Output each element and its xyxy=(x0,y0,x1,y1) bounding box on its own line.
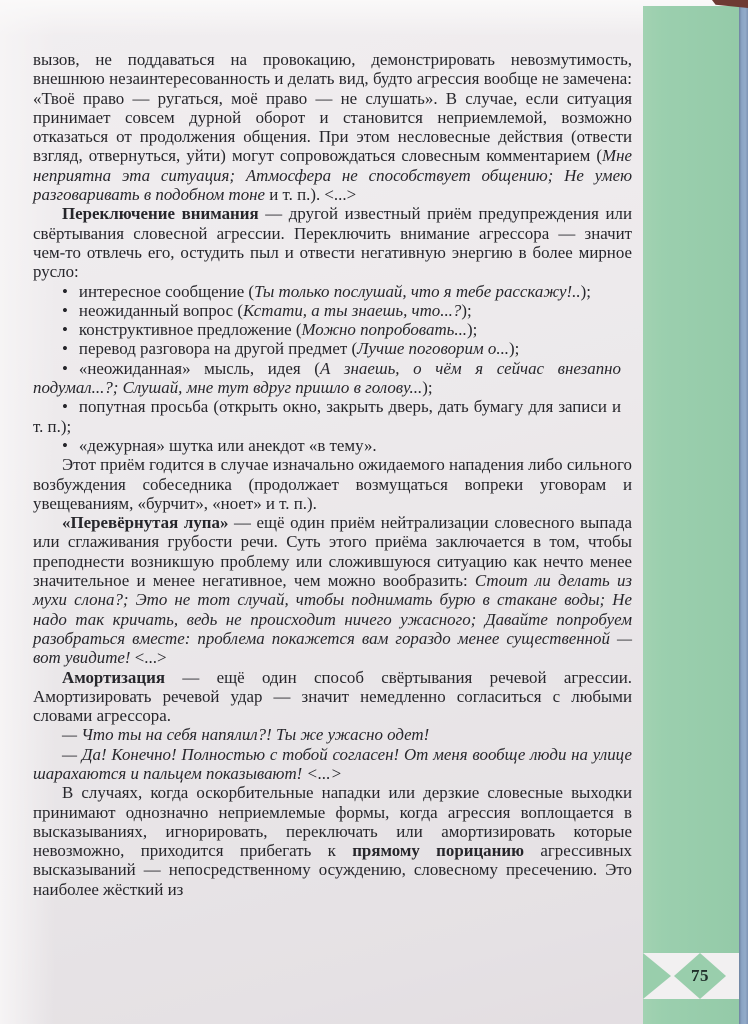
text-run: прямому порицанию xyxy=(352,841,524,860)
text-run: перевод разговора на другой предмет ( xyxy=(79,339,357,358)
text-run: «неожиданная» мысль, идея ( xyxy=(79,359,320,378)
paragraph: В случаях, когда оскорбительные нападки … xyxy=(33,783,632,899)
text-run: <...> xyxy=(131,648,167,667)
text-run: ); xyxy=(461,301,471,320)
text-run: Можно попробовать... xyxy=(301,320,467,339)
text-run: Амортизация xyxy=(62,668,165,687)
text-run: неожиданный вопрос ( xyxy=(79,301,243,320)
text-run: — Что ты на себя напялил?! Ты же ужасно … xyxy=(62,725,429,744)
text-run: Этот приём годится в случае изначально о… xyxy=(33,455,632,513)
book-page: вызов, не поддаваться на провокацию, дем… xyxy=(0,0,748,1024)
text-run: Лучше поговорим о... xyxy=(357,339,509,358)
paragraph: вызов, не поддаваться на провокацию, дем… xyxy=(33,50,632,204)
text-run: «дежурная» шутка или анекдот «в тему». xyxy=(79,436,377,455)
diamond-decoration-icon xyxy=(643,953,671,999)
text-run: ); xyxy=(422,378,432,397)
text-run: ); xyxy=(509,339,519,358)
text-run: «Перевёрнутая лупа» xyxy=(62,513,228,532)
paragraph: «Перевёрнутая лупа» — ещё один приём ней… xyxy=(33,513,632,667)
page-number-diamond: 75 xyxy=(674,953,726,999)
text-run: Ты только послушай, что я тебе расскажу!… xyxy=(254,282,581,301)
text-run: ); xyxy=(467,320,477,339)
bullet-icon: • xyxy=(62,301,79,320)
bullet-icon: • xyxy=(62,436,79,455)
bullet-icon: • xyxy=(62,339,79,358)
book-page-edges xyxy=(739,4,748,1024)
paragraph: Этот приём годится в случае изначально о… xyxy=(33,455,632,513)
text-run: конструктивное предложение ( xyxy=(79,320,302,339)
bullet-item: •неожиданный вопрос (Кстати, а ты знаешь… xyxy=(33,301,632,320)
paragraph: — Да! Конечно! Полностью с тобой согласе… xyxy=(33,745,632,784)
bullet-item: •«дежурная» шутка или анекдот «в тему». xyxy=(33,436,632,455)
page-number: 75 xyxy=(691,966,709,986)
bullet-icon: • xyxy=(62,320,79,339)
bullet-icon: • xyxy=(62,282,79,301)
chapter-color-band: 75 xyxy=(643,6,739,1024)
paragraph: Переключение внимания — другой известный… xyxy=(33,204,632,281)
bullet-item: •«неожиданная» мысль, идея (А знаешь, о … xyxy=(33,359,632,398)
bullet-item: •интересное сообщение (Ты только послуша… xyxy=(33,282,632,301)
bullet-icon: • xyxy=(62,397,79,416)
paragraph: — Что ты на себя напялил?! Ты же ужасно … xyxy=(33,725,632,744)
text-run: попутная просьба (открыть окно, закрыть … xyxy=(33,397,621,435)
bullet-icon: • xyxy=(62,359,79,378)
bullet-item: •перевод разговора на другой предмет (Лу… xyxy=(33,339,632,358)
paragraph: Амортизация — ещё один способ свёртывани… xyxy=(33,668,632,726)
text-run: ); xyxy=(581,282,591,301)
text-run: <...> xyxy=(307,764,342,783)
text-run: интересное сообщение ( xyxy=(79,282,254,301)
text-run: Кстати, а ты знаешь, что...? xyxy=(243,301,461,320)
text-run: и т. п.). <...> xyxy=(265,185,356,204)
bullet-item: •попутная просьба (открыть окно, закрыть… xyxy=(33,397,632,436)
text-run: вызов, не поддаваться на провокацию, дем… xyxy=(33,50,632,165)
text-run: Переключение внимания xyxy=(62,204,259,223)
bullet-item: •конструктивное предложение (Можно попро… xyxy=(33,320,632,339)
page-number-band: 75 xyxy=(643,953,739,999)
page-text-column: вызов, не поддаваться на провокацию, дем… xyxy=(33,50,632,899)
